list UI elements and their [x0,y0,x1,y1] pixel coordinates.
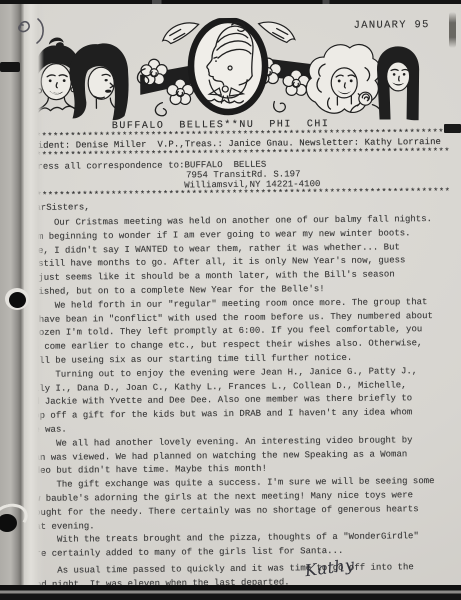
address-label: Address all correspondence to: [21,160,185,172]
scan-smudge-right [449,12,456,48]
masthead-illustration [12,16,445,124]
woman-face-long-hair [377,46,420,121]
tape-mark [0,62,20,72]
paragraph: We held forth in our "regular" meeting r… [22,296,457,369]
scan-edge-bottom [0,585,461,600]
paragraph: We all had another lovely evening. An in… [24,434,458,480]
paragraph: The gift exchange was quite a success. I… [24,475,459,534]
paragraph: With the treats brought and the pizza, t… [25,530,459,562]
paragraph: Turning out to enjoy the evening were Je… [23,365,458,438]
handwritten-pen-mark [4,16,50,52]
scan-edge-top [0,0,461,4]
cameo-portrait [191,20,266,113]
printed-content: JANUARY 95 [0,0,461,600]
scanned-newsletter-page: JANUARY 95 [0,0,461,600]
paragraph: Our Cristmas meeting was held on another… [21,213,456,300]
separator-row: ****************************************… [13,187,449,201]
woman-face-bob [69,43,129,120]
letter-body: Our Cristmas meeting was held on another… [21,213,459,593]
binder-hole [9,292,26,308]
scan-mark-right [444,124,461,133]
